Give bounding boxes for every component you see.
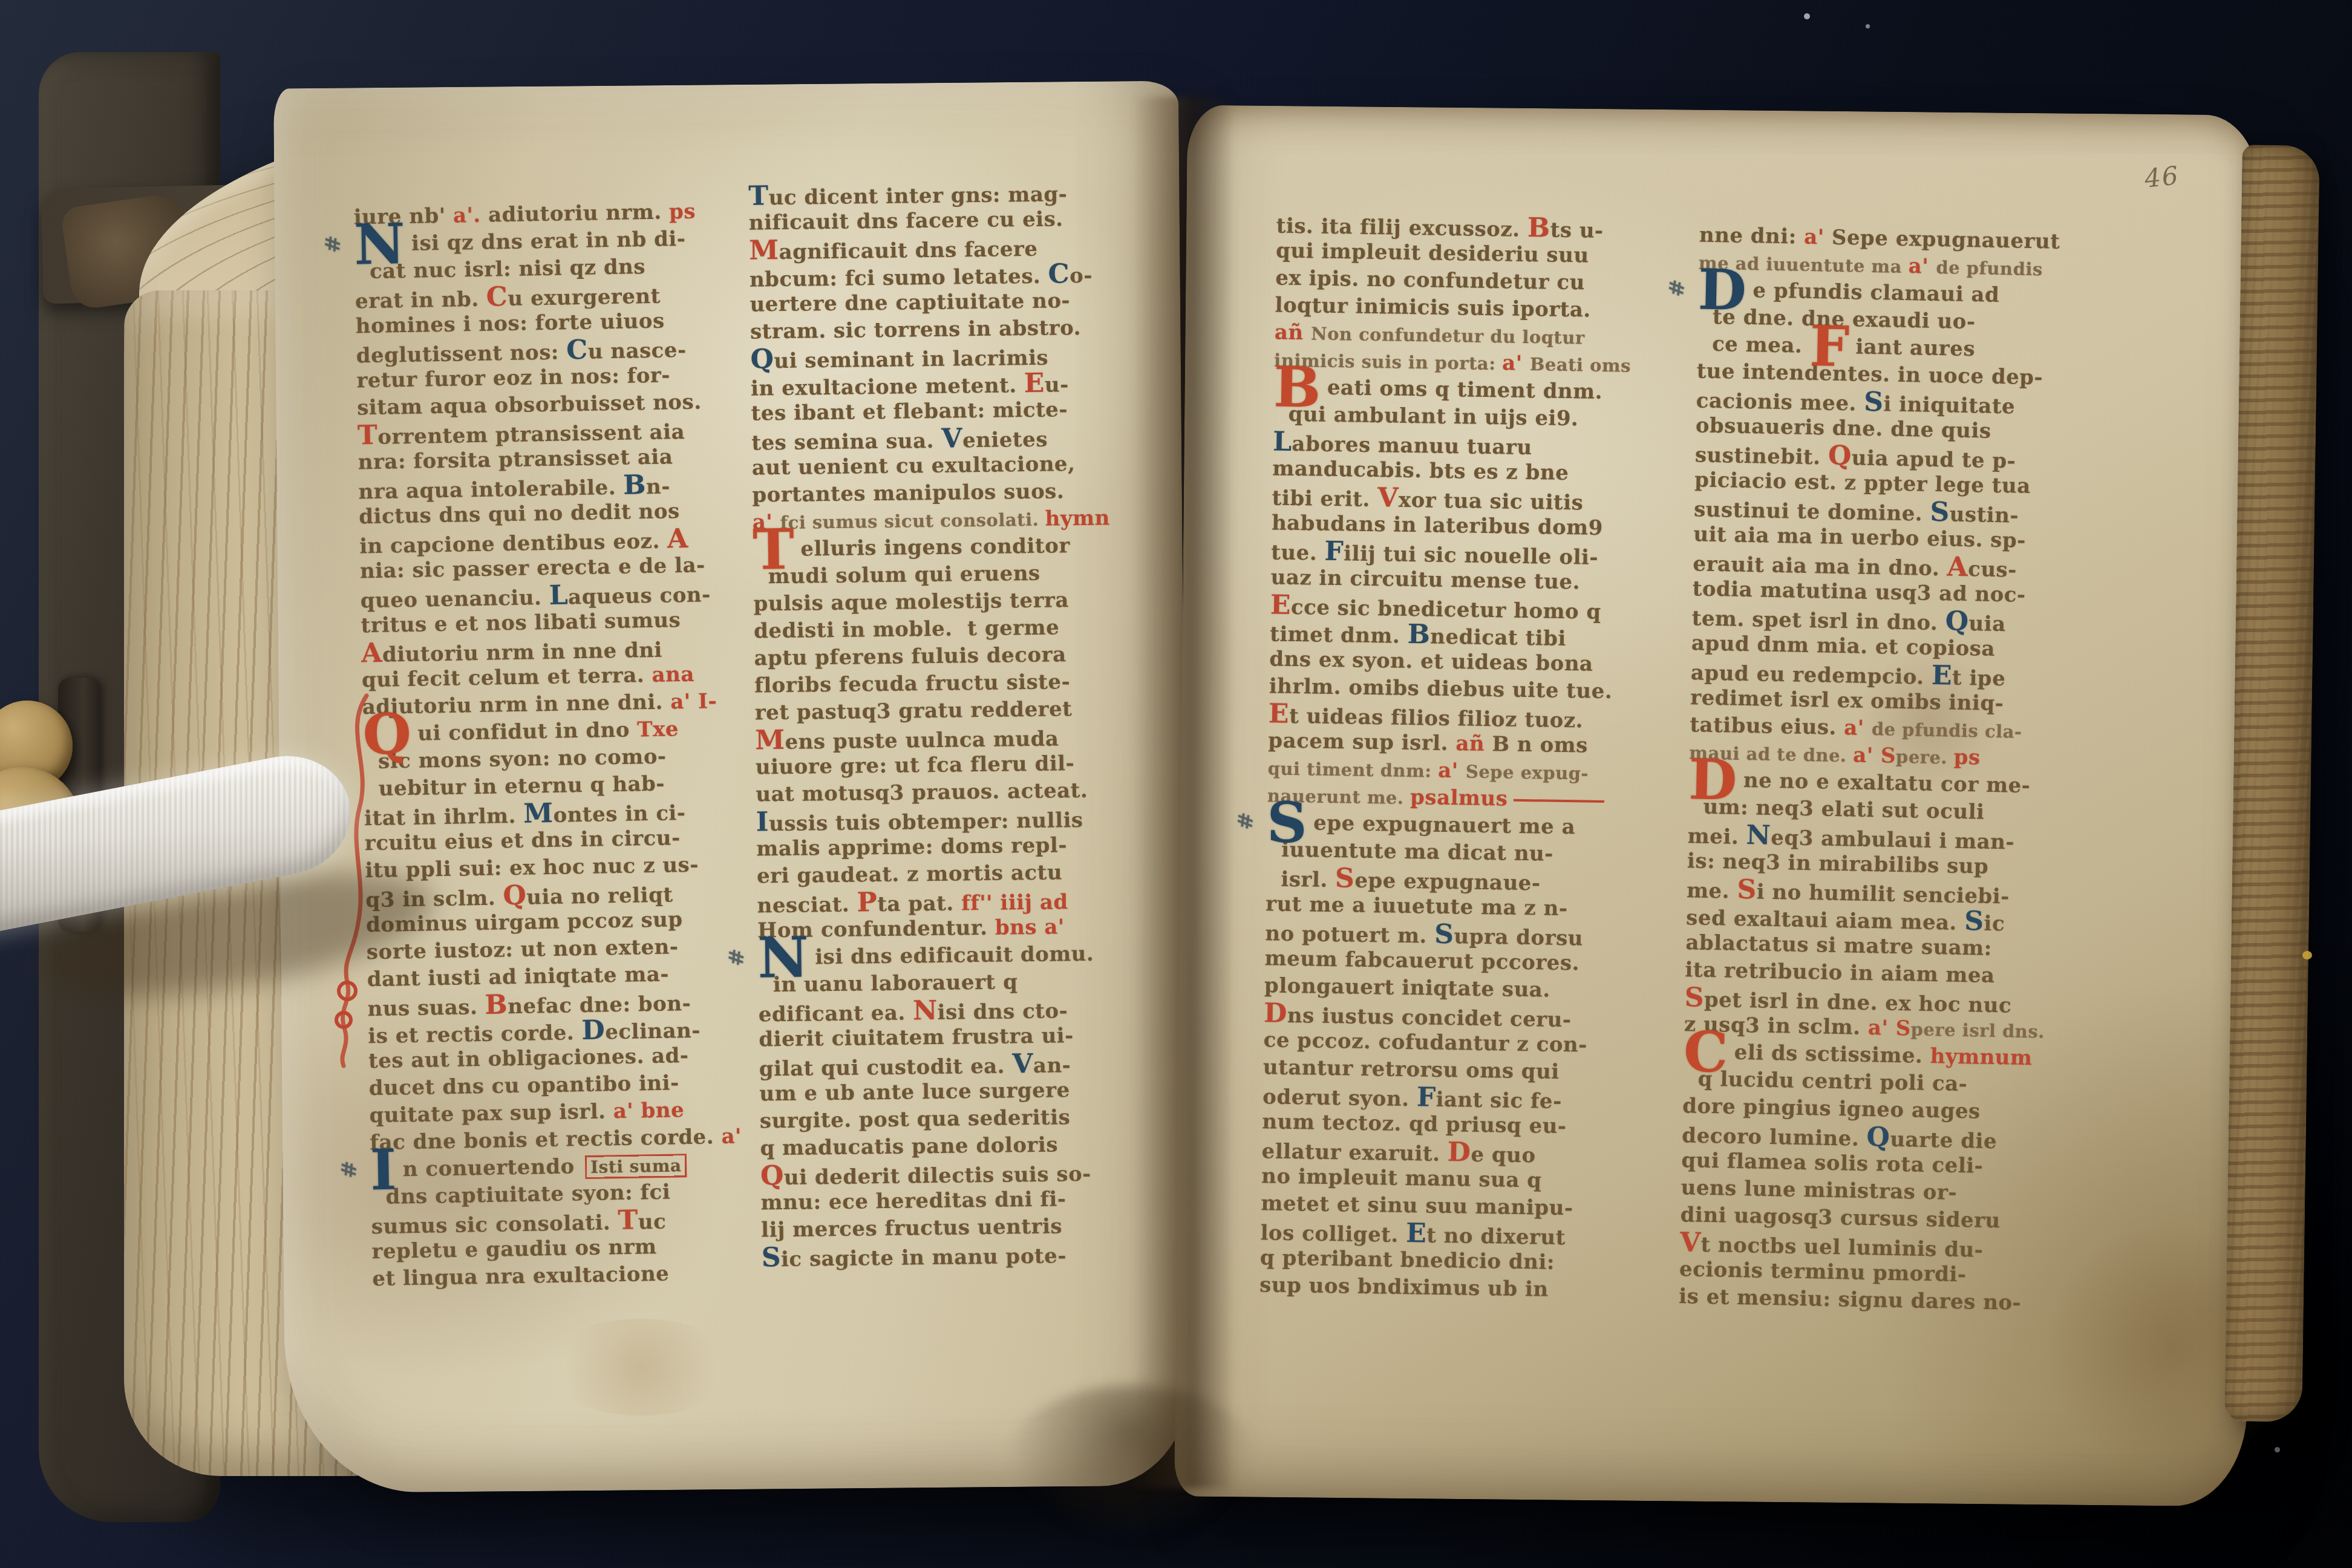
- text-line: itat in ihrlm. Montes in ci-: [364, 797, 736, 831]
- text-segment: V: [1012, 1048, 1033, 1079]
- illuminated-initial: D: [1688, 766, 1737, 794]
- text-segment: meum fabcauerut pccores.: [1264, 946, 1579, 975]
- illuminated-initial: B: [1273, 373, 1321, 401]
- text-segment: a': [1908, 254, 1936, 279]
- text-segment: B: [485, 989, 508, 1021]
- text-segment: uarte die: [1890, 1128, 1997, 1154]
- text-segment: M: [749, 235, 779, 266]
- text-line: Torrentem ptransissent aia: [358, 416, 730, 449]
- text-segment: eri gaudeat. z mortis actu: [757, 860, 1063, 888]
- text-segment: S: [1335, 863, 1355, 894]
- text-segment: pere isrl dns.: [1910, 1019, 2045, 1042]
- text-segment: ce mea.: [1697, 332, 1810, 358]
- text-segment: tue.: [1271, 540, 1325, 565]
- text-line: Iussis tuis obtemper: nullis: [756, 804, 1114, 835]
- text-line: nbcum: fci sumo letates. Co-: [750, 260, 1108, 291]
- right-page-column-2: nne dni: a' Sepe expugnauerutme ad iuuen…: [1679, 221, 2060, 1317]
- text-segment: a': [1502, 351, 1530, 376]
- text-line: q maducatis pane doloris: [760, 1131, 1118, 1162]
- text-line: portantes manipulos suos.: [752, 477, 1110, 509]
- text-segment: e pfundis clamaui ad: [1753, 278, 2000, 307]
- text-segment: Q: [1945, 606, 1969, 637]
- text-segment: dedisti in moble. t germe: [754, 615, 1060, 643]
- text-segment: todia matutina usq3 ad noc-: [1692, 577, 2026, 607]
- text-segment: Beati oms: [1530, 354, 1632, 376]
- text-segment: epe expugnauert me a: [1313, 811, 1576, 840]
- text-segment: e quo: [1471, 1143, 1536, 1168]
- left-page-column-1: iure nb' a'. adiutoriu nrm. psNisi qz dn…: [353, 198, 744, 1293]
- text-segment: et lingua nra exultacione: [372, 1262, 670, 1292]
- text-segment: añ: [1455, 731, 1492, 756]
- text-segment: tes aut in obligaciones. ad-: [368, 1044, 689, 1073]
- text-segment: surgite. post qua sederitis: [760, 1105, 1071, 1133]
- text-segment: ret pastuq3 gratu redderet: [754, 697, 1072, 725]
- text-segment: redimet isrl ex omibs iniq-: [1690, 685, 2004, 716]
- text-segment: stram. sic torrens in abstro.: [750, 316, 1081, 344]
- text-segment: mei.: [1687, 824, 1746, 849]
- text-segment: iuuentute ma dicat nu-: [1266, 837, 1553, 866]
- text-segment: C: [566, 335, 588, 366]
- text-segment: erat in nb.: [355, 287, 486, 314]
- text-segment: a' I-: [670, 689, 717, 714]
- text-segment: dant iusti ad iniqtate ma-: [367, 962, 669, 992]
- text-segment: eli ds sctissime.: [1734, 1040, 1930, 1068]
- text-segment: xor tua sic uitis: [1398, 488, 1583, 515]
- text-segment: enietes: [962, 428, 1048, 453]
- text-segment: mnu: ece hereditas dni fi-: [760, 1187, 1066, 1215]
- text-segment: de pfundis cla-: [1872, 719, 2022, 742]
- text-segment: ic sagicte in manu pote-: [781, 1244, 1067, 1272]
- text-line: in uanu laborauert q: [758, 967, 1116, 999]
- text-segment: ts u-: [1550, 218, 1604, 243]
- text-segment: ellatur exaruit.: [1261, 1139, 1448, 1166]
- text-segment: Q: [1866, 1122, 1890, 1153]
- text-segment: piciacio est. z ppter lege tua: [1694, 468, 2031, 498]
- text-line: aut uenient cu exultacione,: [752, 450, 1110, 482]
- text-segment: tes semina sua.: [751, 429, 942, 456]
- illuminated-initial: N: [757, 944, 809, 972]
- text-line: Qui dederit dilectis suis so-: [760, 1158, 1119, 1189]
- text-line: mnu: ece hereditas dni fi-: [760, 1185, 1119, 1217]
- text-segment: ontes in ci-: [553, 801, 686, 828]
- text-segment: iant sic fe-: [1436, 1088, 1562, 1114]
- text-segment: loqtur inimicis suis iporta.: [1275, 293, 1591, 322]
- text-segment: dore pingius igneo auges: [1682, 1094, 1981, 1123]
- rubric-line-filler: [1514, 799, 1604, 803]
- debris-speck: [2302, 951, 2312, 959]
- text-segment: no impleuit manu sua q: [1261, 1164, 1542, 1192]
- text-segment: ps: [1953, 745, 1981, 770]
- text-segment: a': [1844, 716, 1872, 740]
- text-segment: mudi solum qui eruens: [753, 561, 1040, 589]
- text-segment: B n oms: [1492, 732, 1588, 757]
- text-segment: A: [361, 638, 383, 669]
- text-segment: adiutoriu nrm.: [488, 200, 670, 227]
- illuminated-initial: C: [1684, 1038, 1729, 1066]
- text-segment: ta pat.: [877, 891, 961, 916]
- text-segment: B: [1527, 212, 1550, 244]
- text-segment: isrl.: [1266, 867, 1335, 892]
- text-segment: dierit ciuitatem frustra ui-: [759, 1024, 1074, 1051]
- text-segment: i iniquitate: [1883, 392, 2016, 419]
- text-segment: isi qz dns erat in nb di-: [411, 227, 686, 256]
- text-segment: ihrlm. omibs diebus uite tue.: [1269, 674, 1612, 704]
- text-segment: hymn: [1045, 506, 1110, 531]
- gutter-shadow: [1132, 97, 1235, 1488]
- text-segment: aqueus con-: [568, 583, 711, 609]
- text-line: deglutissent nos: Cu nasce-: [356, 334, 728, 368]
- text-segment: ita retribucio in aiam mea: [1685, 958, 1995, 988]
- text-line: ret pastuq3 gratu redderet: [754, 695, 1112, 727]
- text-segment: T: [618, 1205, 638, 1236]
- illuminated-initial: Q: [362, 720, 411, 748]
- text-line: Qui seminant in lacrimis: [750, 341, 1108, 373]
- text-line: dedisti in moble. t germe: [754, 613, 1112, 645]
- text-line: lij merces fructus uentris: [761, 1212, 1119, 1244]
- text-segment: floribs fecuda fructu siste-: [754, 670, 1070, 697]
- text-line: Hom confundentur. bns a': [757, 913, 1116, 944]
- text-line: sup uos bndiximus ub in: [1259, 1272, 1616, 1304]
- left-page-column-2: Tuc dicent inter gns: mag-nificauit dns …: [748, 178, 1119, 1271]
- text-line: nificauit dns facere cu eis.: [749, 205, 1107, 237]
- text-segment: t ipe: [1952, 666, 2006, 691]
- text-segment: itat in ihrlm.: [364, 804, 524, 831]
- text-segment: nesciat.: [757, 893, 857, 918]
- text-segment: aptu pferens fuluis decora: [754, 642, 1066, 670]
- text-line: tes ibant et flebant: micte-: [751, 396, 1109, 427]
- text-segment: M: [523, 798, 554, 829]
- text-segment: ecionis terminu pmordi-: [1679, 1257, 1967, 1287]
- text-line: aptu pferens fuluis decora: [754, 641, 1112, 672]
- text-segment: repletu e gaudiu os nrm: [371, 1235, 657, 1264]
- text-segment: uebitur in eternu q hab-: [364, 772, 665, 802]
- text-segment: u exurgerent: [508, 284, 661, 311]
- dust-speck: [2275, 1447, 2280, 1452]
- text-segment: uaz in circuitu mense tue.: [1270, 565, 1580, 594]
- text-segment: t no dixerut: [1426, 1224, 1566, 1250]
- text-line: Sic sagicte in manu pote-: [761, 1240, 1119, 1271]
- text-segment: B: [623, 469, 647, 501]
- illuminated-initial: F: [1809, 333, 1850, 361]
- illuminated-initial: S: [1267, 809, 1308, 837]
- text-segment: queo uenanciu.: [360, 586, 549, 613]
- text-line: Mens puste uulnca muda: [755, 722, 1113, 754]
- dust-speck: [1866, 24, 1870, 28]
- text-segment: psalmus: [1410, 785, 1508, 811]
- text-segment: num tectoz. qd priusq eu-: [1262, 1109, 1567, 1138]
- text-segment: ex ipis. no confundetur cu: [1275, 266, 1585, 295]
- text-line: pulsis aque molestijs terra: [753, 586, 1111, 618]
- text-segment: tue intendentes. in uoce dep-: [1696, 359, 2043, 390]
- text-segment: L: [549, 580, 568, 611]
- text-segment: a'.: [453, 203, 489, 228]
- text-segment: hymnum: [1930, 1044, 2033, 1070]
- text-segment: sustinebit.: [1695, 443, 1829, 469]
- text-segment: an-: [1033, 1053, 1071, 1078]
- text-segment: habudans in lateribus dom9: [1272, 511, 1603, 540]
- text-segment: Q: [760, 1160, 784, 1191]
- text-segment: uat motusq3 prauos. acteat.: [756, 779, 1088, 807]
- text-line: Nisi dns edificauit domu.: [757, 940, 1116, 972]
- text-segment: de pfundis: [1936, 257, 2043, 279]
- text-segment: is et mensiu: signu dares no-: [1679, 1284, 2022, 1315]
- text-segment: tes ibant et flebant: micte-: [751, 397, 1068, 425]
- text-segment: ducet dns cu opantibo ini-: [369, 1071, 679, 1100]
- text-segment: uia apud te p-: [1851, 446, 2016, 473]
- text-segment: E: [1270, 589, 1292, 621]
- text-segment: E: [1024, 368, 1045, 399]
- text-segment: gilat qui custodit ea.: [759, 1054, 1013, 1081]
- text-segment: A: [667, 523, 689, 555]
- text-line: nesciat. Pta pat. ff'' iiij ad: [757, 886, 1115, 917]
- text-segment: portantes manipulos suos.: [752, 479, 1064, 507]
- text-segment: a' S: [1853, 743, 1896, 768]
- text-line: um e ub ante luce surgere: [759, 1076, 1117, 1108]
- text-segment: ui seminant in lacrimis: [774, 346, 1048, 374]
- text-segment: sitam aqua obsorbuisset nos.: [357, 390, 702, 420]
- text-segment: E: [1931, 660, 1952, 691]
- text-segment: homines i nos: forte uiuos: [356, 309, 665, 339]
- text-segment: edificant ea.: [759, 1001, 913, 1027]
- text-segment: pere.: [1896, 746, 1954, 768]
- manuscript-photograph: iure nb' a'. adiutoriu nrm. psNisi qz dn…: [0, 0, 2352, 1568]
- text-line: eri gaudeat. z mortis actu: [757, 858, 1115, 890]
- text-segment: u nasce-: [587, 338, 687, 364]
- text-segment: dns ex syon. et uideas bona: [1269, 647, 1593, 676]
- text-segment: q maducatis pane doloris: [760, 1133, 1058, 1161]
- text-line: tes semina sua. Venietes: [751, 423, 1109, 454]
- text-segment: oderut syon.: [1263, 1085, 1417, 1111]
- text-segment: isi dns cto-: [937, 999, 1068, 1025]
- text-segment: nedicat tibi: [1430, 625, 1566, 652]
- text-segment: malis apprime: doms repl-: [756, 833, 1067, 861]
- text-line: uiuore gre: ut fca fleru dil-: [756, 750, 1114, 781]
- text-segment: epe expugnaue-: [1354, 869, 1541, 896]
- text-segment: T: [358, 420, 378, 451]
- text-segment: D: [1447, 1137, 1471, 1168]
- text-segment: Txe: [637, 717, 679, 742]
- text-line: stram. sic torrens in abstro.: [750, 314, 1108, 345]
- parchment-stain: [544, 1319, 738, 1416]
- text-segment: sup uos bndiximus ub in: [1259, 1273, 1549, 1301]
- text-segment: tritus e et nos libati sumus: [361, 608, 681, 638]
- text-segment: tibi erit.: [1272, 486, 1377, 512]
- text-segment: Isti suma: [587, 1155, 685, 1177]
- text-segment: q pteribant bnedicio dni:: [1260, 1246, 1555, 1275]
- text-segment: S: [1684, 982, 1704, 1013]
- dust-speck: [1804, 13, 1810, 19]
- text-segment: o-: [1070, 264, 1093, 288]
- text-segment: A: [1947, 551, 1968, 583]
- text-segment: elluris ingens conditor: [800, 534, 1070, 561]
- text-segment: I: [756, 806, 769, 837]
- text-segment: a' bne: [613, 1098, 684, 1123]
- text-segment: V: [1377, 482, 1399, 514]
- text-segment: F: [1417, 1082, 1437, 1112]
- text-segment: B: [1407, 619, 1430, 650]
- text-segment: a': [721, 1125, 742, 1149]
- text-segment: uiuore gre: ut fca fleru dil-: [756, 751, 1075, 779]
- text-segment: uit aia ma in uerbo eius. sp-: [1693, 522, 2026, 553]
- text-segment: ce pccoz. cofudantur z con-: [1263, 1028, 1587, 1057]
- text-segment: n-: [646, 474, 671, 499]
- text-segment: ui confidut in dno: [417, 717, 638, 745]
- text-segment: itu ppli sui: ex hoc nuc z us-: [365, 853, 699, 883]
- text-line: dierit ciuitatem frustra ui-: [759, 1022, 1117, 1053]
- text-segment: fci sumus sicut consolati.: [780, 509, 1045, 533]
- text-segment: upra dorsu: [1454, 924, 1583, 950]
- text-line: a' fci sumus sicut consolati. hymn: [753, 505, 1111, 536]
- text-segment: ff'' iiij ad: [961, 890, 1068, 915]
- text-segment: ic: [1984, 912, 2005, 936]
- text-segment: ana: [652, 662, 694, 687]
- text-segment: Q: [750, 344, 774, 374]
- text-segment: a': [1804, 225, 1832, 250]
- text-line: edificant ea. Nisi dns cto-: [759, 995, 1117, 1026]
- text-segment: retur furor eoz in nos: for-: [356, 363, 670, 393]
- text-segment: eclinan-: [605, 1019, 701, 1045]
- text-line: mudi solum qui eruens: [753, 559, 1111, 590]
- text-segment: cacionis mee.: [1696, 388, 1864, 416]
- text-segment: Non confundetur du loqtur: [1311, 323, 1585, 348]
- text-segment: F: [1324, 536, 1344, 567]
- text-segment: S: [1434, 919, 1454, 950]
- text-segment: E: [1406, 1218, 1427, 1249]
- parchment-stain: [2045, 1222, 2299, 1476]
- text-segment: qui timent dnm:: [1267, 758, 1438, 781]
- text-segment: S: [1964, 906, 1984, 937]
- illuminated-initial: D: [1698, 276, 1747, 304]
- text-segment: metet et sinu suu manipu-: [1261, 1191, 1573, 1220]
- text-segment: S: [1737, 874, 1757, 906]
- text-segment: P: [857, 887, 877, 918]
- text-segment: u-: [1045, 373, 1069, 397]
- text-segment: nne dni:: [1699, 223, 1805, 249]
- text-segment: C: [1048, 258, 1070, 289]
- text-segment: n conuertendo: [402, 1154, 582, 1181]
- text-segment: uens lune ministras or-: [1681, 1175, 1957, 1205]
- text-segment: qui impleuit desideriu suu: [1276, 238, 1589, 267]
- text-segment: aut uenient cu exultacione,: [752, 452, 1076, 480]
- text-segment: Q: [1828, 440, 1852, 472]
- text-segment: qui flamea solis rota celi-: [1681, 1148, 1984, 1178]
- text-segment: S: [1930, 497, 1950, 528]
- text-line: uertere dne captiuitate no-: [750, 287, 1108, 318]
- text-segment: ens puste uulnca muda: [785, 727, 1059, 754]
- text-line: Tuc dicent inter gns: mag-: [748, 178, 1106, 209]
- text-line: Telluris ingens conditor: [753, 532, 1111, 563]
- text-segment: a': [1438, 759, 1466, 783]
- text-segment: D: [1264, 998, 1287, 1029]
- text-segment: bns a': [995, 915, 1065, 939]
- text-segment: qui fecit celum et terra.: [362, 663, 652, 692]
- text-segment: eati oms q timent dnm.: [1327, 376, 1603, 404]
- text-segment: pacem sup isrl.: [1268, 728, 1456, 756]
- text-segment: M: [755, 725, 785, 756]
- text-line: uat motusq3 prauos. acteat.: [756, 777, 1114, 808]
- text-segment: pulsis aque molestijs terra: [753, 588, 1069, 616]
- text-segment: fac dne bonis et rectis corde.: [370, 1125, 722, 1155]
- text-segment: agnificauit dns facere: [779, 237, 1037, 264]
- folio-number: 46: [2143, 160, 2181, 194]
- text-segment: D: [581, 1014, 606, 1046]
- text-line: gilat qui custodit ea. Van-: [759, 1049, 1117, 1080]
- text-segment: plongauert iniqtate sua.: [1264, 973, 1550, 1002]
- text-segment: me.: [1687, 878, 1737, 904]
- text-segment: uc: [638, 1210, 666, 1235]
- text-segment: cus-: [1968, 557, 2017, 583]
- text-segment: N: [1746, 820, 1771, 851]
- text-segment: S: [761, 1242, 781, 1273]
- text-segment: iant aures: [1855, 335, 1975, 361]
- text-segment: E: [1269, 698, 1290, 730]
- text-segment: Sepe expug-: [1466, 762, 1589, 784]
- text-segment: ps: [669, 200, 696, 224]
- text-segment: obsuaueris dne. dne quis: [1695, 413, 1991, 443]
- text-segment: no potuert m.: [1265, 921, 1434, 948]
- page-curl-shadow: [1004, 1385, 1258, 1543]
- text-segment: Q: [503, 880, 527, 912]
- text-segment: T: [748, 180, 769, 211]
- right-page-column-1: tis. ita filij excussoz. Bts u-qui imple…: [1259, 210, 1633, 1304]
- illuminated-initial: I: [370, 1157, 397, 1184]
- text-segment: utantur retrorsu oms qui: [1263, 1055, 1560, 1084]
- text-segment: tatibus eius.: [1690, 713, 1844, 740]
- text-segment: apud dnm mia. et copiosa: [1691, 631, 1996, 661]
- text-segment: uia no reliqt: [526, 883, 673, 909]
- text-segment: dictus dns qui no dedit nos: [359, 499, 680, 529]
- text-segment: añ: [1275, 320, 1312, 345]
- text-segment: in exultacione metent.: [751, 373, 1024, 401]
- text-segment: L: [1273, 426, 1292, 457]
- text-segment: los colliget.: [1260, 1221, 1406, 1247]
- text-segment: manducabis. bts es z bne: [1272, 456, 1569, 485]
- text-segment: rut me a iuuetute ma z n-: [1266, 892, 1568, 921]
- text-segment: uertere dne captiuitate no-: [750, 289, 1070, 316]
- text-line: malis apprime: doms repl-: [756, 831, 1114, 863]
- text-segment: ne no e exaltatu cor me-: [1743, 768, 2031, 798]
- text-line: surgite. post qua sederitis: [760, 1103, 1118, 1135]
- text-segment: nus suas.: [367, 995, 485, 1021]
- text-segment: isi dns edificauit domu.: [815, 942, 1094, 970]
- text-segment: V: [1679, 1227, 1701, 1258]
- illuminated-initial: N: [354, 230, 405, 258]
- text-segment: S: [1864, 387, 1884, 418]
- text-segment: a' S: [1868, 1016, 1912, 1040]
- text-segment: timet dnm.: [1270, 622, 1408, 648]
- text-segment: um e ub ante luce surgere: [759, 1078, 1070, 1106]
- text-segment: quitate pax sup isrl.: [369, 1099, 613, 1128]
- text-segment: sorte iustoz: ut non exten-: [367, 935, 679, 964]
- text-segment: uia: [1968, 612, 2006, 636]
- text-segment: C: [486, 281, 508, 313]
- text-segment: Sepe expugnauerut: [1831, 226, 2060, 254]
- text-segment: rcuitu eius et dns in circu-: [364, 826, 681, 855]
- text-segment: V: [941, 423, 962, 454]
- text-segment: is: neq3 in mirabilibs sup: [1687, 849, 1989, 879]
- text-segment: dini uagosq3 cursus sideru: [1680, 1203, 2001, 1233]
- text-line: floribs fecuda fructu siste-: [754, 668, 1112, 699]
- text-segment: N: [913, 995, 938, 1026]
- text-segment: nificauit dns facere cu eis.: [749, 207, 1063, 235]
- text-segment: lij merces fructus uentris: [761, 1214, 1062, 1242]
- text-segment: ustin-: [1949, 502, 2019, 528]
- text-segment: nia: sic passer erecta e de la-: [360, 553, 705, 583]
- text-segment: ablactatus si matre suam:: [1685, 930, 1992, 961]
- text-line: in exultacione metent. Eu-: [751, 368, 1109, 400]
- illuminated-initial: T: [753, 536, 795, 564]
